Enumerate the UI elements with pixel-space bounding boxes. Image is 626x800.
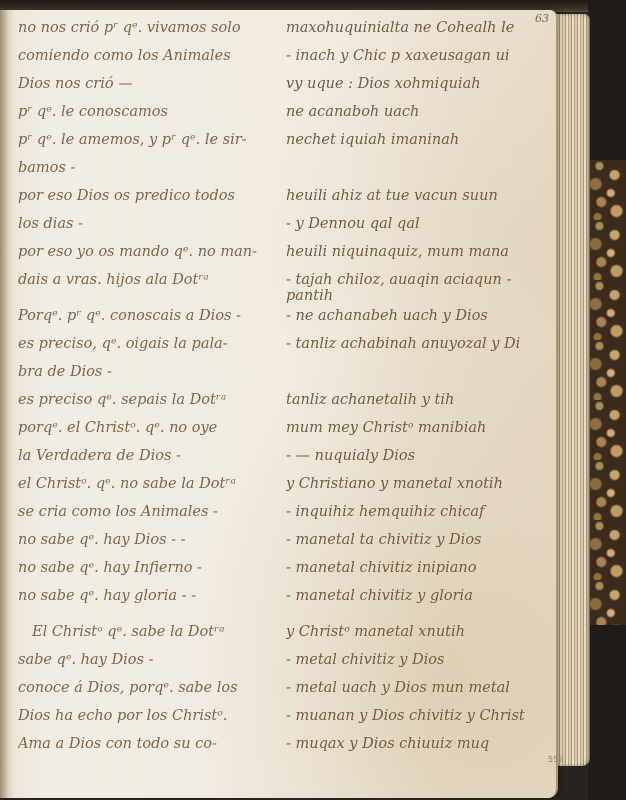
translation-line: heuili niquinaquiz, mum mana xyxy=(286,244,548,260)
spanish-line: la Verdadera de Dios - xyxy=(18,448,284,464)
spanish-line: no sabe qᵉ. hay Infierno - xyxy=(18,560,284,576)
translation-line: tanliz achanetalih y tih xyxy=(286,392,548,408)
spanish-line: es preciso, qᵉ. oigais la pala- xyxy=(18,336,284,352)
spanish-line: es preciso qᵉ. sepais la Dotʳᵃ xyxy=(18,392,284,408)
spanish-line: por eso Dios os predico todos xyxy=(18,188,284,204)
text-row: no nos crió pʳ qᵉ. vivamos solomaxohuqui… xyxy=(18,16,548,44)
translation-line: - metal uach y Dios mun metal xyxy=(286,680,548,696)
translation-line: - tajah chiloz, auaqin aciaqun - xyxy=(286,272,548,288)
spanish-line: comiendo como los Animales xyxy=(18,48,284,64)
text-row: Dios nos crió —vy uque : Dios xohmiquiah xyxy=(18,72,548,100)
spanish-line: Ama a Dios con todo su co- xyxy=(18,736,284,752)
spanish-line: sabe qᵉ. hay Dios - xyxy=(18,652,284,668)
marbled-endpaper xyxy=(588,160,626,625)
text-row: Porqᵉ. pʳ qᵉ. conoscais a Dios -- ne ach… xyxy=(18,304,548,332)
spanish-line: Porqᵉ. pʳ qᵉ. conoscais a Dios - xyxy=(18,308,284,324)
translation-line: - tanliz achabinah anuyozal y Di xyxy=(286,336,548,352)
spanish-line: conoce á Dios, porqᵉ. sabe los xyxy=(18,680,284,696)
spanish-line: bamos - xyxy=(18,160,284,176)
translation-line: - — nuquialy Dios xyxy=(286,448,548,464)
text-row: pantih xyxy=(18,288,548,304)
translation-line: maxohuquinialta ne Cohealh le xyxy=(286,20,548,36)
text-row: pʳ qᵉ. le amemos, y pʳ qᵉ. le sir-nechet… xyxy=(18,128,548,156)
text-row: El Christᵒ qᵉ. sabe la Dotʳᵃy Christᵒ ma… xyxy=(18,620,548,648)
text-row: dais a vras. hijos ala Dotʳᵃ- tajah chil… xyxy=(18,268,548,288)
spanish-line: El Christᵒ qᵉ. sabe la Dotʳᵃ xyxy=(32,624,298,640)
spanish-line: pʳ qᵉ. le conoscamos xyxy=(18,104,284,120)
translation-line: - y Dennou qal qal xyxy=(286,216,548,232)
translation-line: - manetal chivitiz inipiano xyxy=(286,560,548,576)
text-row: Ama a Dios con todo su co-- muqax y Dios… xyxy=(18,732,548,760)
spanish-line: por eso yo os mando qᵉ. no man- xyxy=(18,244,284,260)
spanish-line: Dios ha echo por los Christᵒ. xyxy=(18,708,284,724)
text-row: los dias -- y Dennou qal qal xyxy=(18,212,548,240)
translation-line: ne acanaboh uach xyxy=(286,104,548,120)
spanish-line: porqᵉ. el Christᵒ. qᵉ. no oye xyxy=(18,420,284,436)
spanish-line: no sabe qᵉ. hay gloria - - xyxy=(18,588,284,604)
text-row: sabe qᵉ. hay Dios -- metal chivitiz y Di… xyxy=(18,648,548,676)
translation-line: - manetal chivitiz y gloria xyxy=(286,588,548,604)
translation-line: vy uque : Dios xohmiquiah xyxy=(286,76,548,92)
spanish-line: los dias - xyxy=(18,216,284,232)
text-row: porqᵉ. el Christᵒ. qᵉ. no oyemum mey Chr… xyxy=(18,416,548,444)
translation-line: - muqax y Dios chiuuiz muq xyxy=(286,736,548,752)
spanish-line: no sabe qᵉ. hay Dios - - xyxy=(18,532,284,548)
spanish-line: pʳ qᵉ. le amemos, y pʳ qᵉ. le sir- xyxy=(18,132,284,148)
text-row: no sabe qᵉ. hay Infierno -- manetal chiv… xyxy=(18,556,548,584)
text-row: por eso Dios os predico todosheuili ahiz… xyxy=(18,184,548,212)
text-row: por eso yo os mando qᵉ. no man-heuili ni… xyxy=(18,240,548,268)
translation-line: y Christiano y manetal xnotih xyxy=(286,476,548,492)
spanish-line: dais a vras. hijos ala Dotʳᵃ xyxy=(18,272,284,288)
text-row: es preciso qᵉ. sepais la Dotʳᵃtanliz ach… xyxy=(18,388,548,416)
spanish-line: no nos crió pʳ qᵉ. vivamos solo xyxy=(18,20,284,36)
translation-line: pantih xyxy=(286,288,548,304)
text-row: conoce á Dios, porqᵉ. sabe los- metal ua… xyxy=(18,676,548,704)
spine-gutter xyxy=(0,10,14,798)
text-row: no sabe qᵉ. hay gloria - -- manetal chiv… xyxy=(18,584,548,612)
spanish-line: Dios nos crió — xyxy=(18,76,284,92)
translation-line: mum mey Christᵒ manibiah xyxy=(286,420,548,436)
spanish-line: se cria como los Animales - xyxy=(18,504,284,520)
text-row: la Verdadera de Dios -- — nuquialy Dios xyxy=(18,444,548,472)
text-row: el Christᵒ. qᵉ. no sabe la Dotʳᵃy Christ… xyxy=(18,472,548,500)
text-row: bamos - xyxy=(18,156,548,184)
manuscript-text: no nos crió pʳ qᵉ. vivamos solomaxohuqui… xyxy=(18,16,548,760)
translation-line: - muanan y Dios chivitiz y Christ xyxy=(286,708,548,724)
text-row: no sabe qᵉ. hay Dios - -- manetal ta chi… xyxy=(18,528,548,556)
text-row: se cria como los Animales -- inquihiz he… xyxy=(18,500,548,528)
translation-line: y Christᵒ manetal xnutih xyxy=(286,624,548,640)
text-row: pʳ qᵉ. le conoscamosne acanaboh uach xyxy=(18,100,548,128)
translation-line: heuili ahiz at tue vacun suun xyxy=(286,188,548,204)
translation-line: - ne achanabeh uach y Dios xyxy=(286,308,548,324)
translation-line: nechet iquiah imaninah xyxy=(286,132,548,148)
text-row: comiendo como los Animales- inach y Chic… xyxy=(18,44,548,72)
translation-line: - manetal ta chivitiz y Dios xyxy=(286,532,548,548)
text-row: bra de Dios - xyxy=(18,360,548,388)
library-stamp: 555 xyxy=(548,755,563,764)
spanish-line: bra de Dios - xyxy=(18,364,284,380)
paragraph-gap xyxy=(18,612,548,620)
translation-line: - inquihiz hemquihiz chicaf xyxy=(286,504,548,520)
translation-line: - metal chivitiz y Dios xyxy=(286,652,548,668)
text-row: Dios ha echo por los Christᵒ.- muanan y … xyxy=(18,704,548,732)
spanish-line: el Christᵒ. qᵉ. no sabe la Dotʳᵃ xyxy=(18,476,284,492)
translation-line: - inach y Chic p xaxeusagan ui xyxy=(286,48,548,64)
text-row: es preciso, qᵉ. oigais la pala-- tanliz … xyxy=(18,332,548,360)
